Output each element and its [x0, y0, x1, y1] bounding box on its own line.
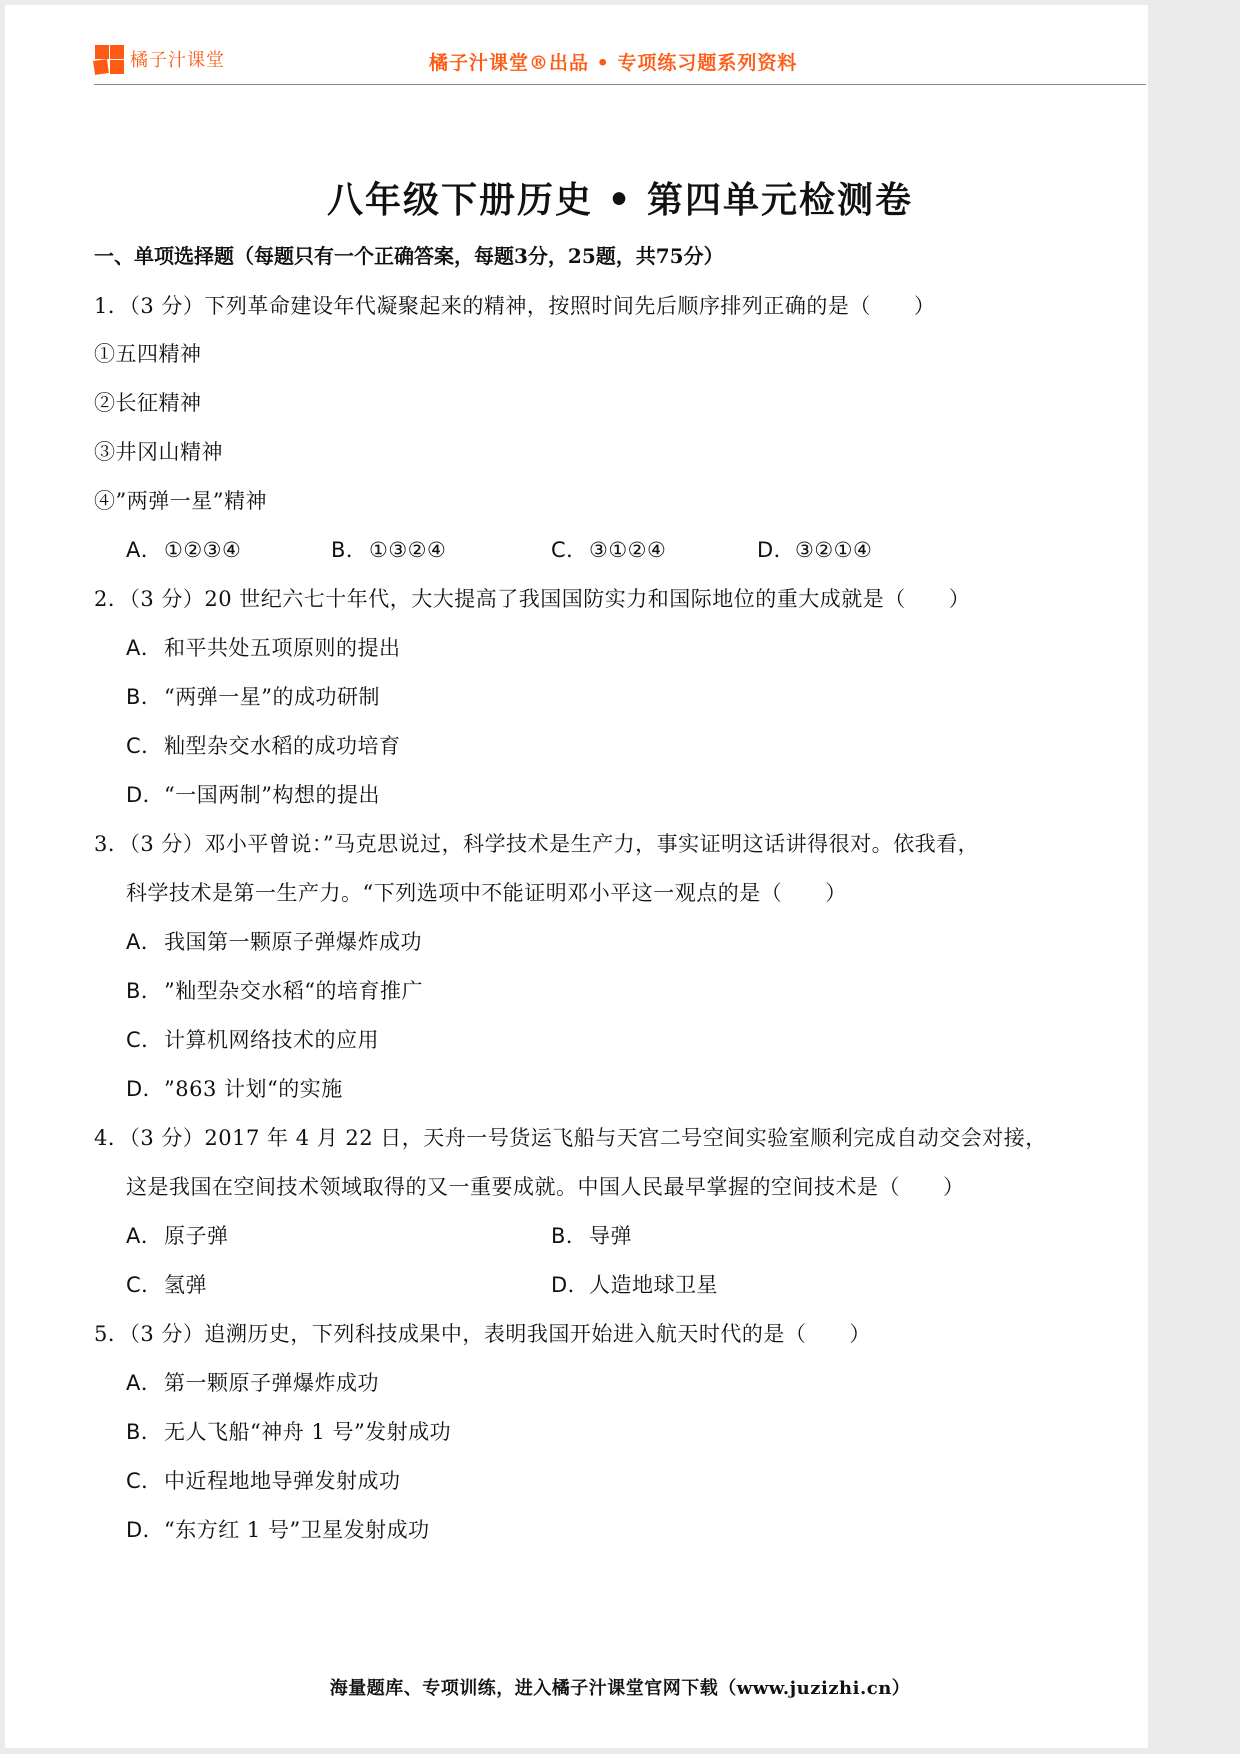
question-1-option-a: A．①②③④ [126, 534, 241, 564]
question-2-option-b: B．“两弹一星”的成功研制 [126, 681, 380, 711]
question-3-stem-cont: 科学技术是第一生产力。“下列选项中不能证明邓小平这一观点的是（ ） [126, 877, 847, 907]
document-title: 八年级下册历史 • 第四单元检测卷 [0, 172, 1240, 223]
question-1-item: ②长征精神 [94, 387, 202, 417]
question-1-item: ①五四精神 [94, 338, 202, 368]
question-4-stem: 4．（3 分）2017 年 4 月 22 日，天舟一号货运飞船与天宫二号空间实验… [94, 1122, 1047, 1152]
question-3-stem: 3．（3 分）邓小平曾说：”马克思说过，科学技术是生产力，事实证明这话讲得很对。… [94, 828, 979, 858]
brand-logo: 橘子汁课堂 [94, 44, 225, 74]
header-tagline: 橘子汁课堂®出品 • 专项练习题系列资料 [429, 48, 797, 75]
question-5-option-a: A．第一颗原子弹爆炸成功 [126, 1367, 379, 1397]
logo-text: 橘子汁课堂 [130, 46, 225, 72]
question-5-option-b: B．无人飞船“神舟 1 号”发射成功 [126, 1416, 451, 1446]
question-3-option-c: C．计算机网络技术的应用 [126, 1024, 379, 1054]
question-5-option-c: C．中近程地地导弹发射成功 [126, 1465, 401, 1495]
question-1-option-b: B．①③②④ [331, 534, 446, 564]
question-1-item: ④”两弹一星”精神 [94, 485, 267, 515]
question-2-option-c: C．籼型杂交水稻的成功培育 [126, 730, 401, 760]
question-1-option-c: C．③①②④ [551, 534, 666, 564]
page-footer: 海量题库、专项训练，进入橘子汁课堂官网下载（www.juzizhi.cn） [0, 1674, 1240, 1700]
question-1-item: ③井冈山精神 [94, 436, 223, 466]
question-5-stem: 5．（3 分）追溯历史，下列科技成果中，表明我国开始进入航天时代的是（ ） [94, 1318, 871, 1348]
question-3-option-a: A．我国第一颗原子弹爆炸成功 [126, 926, 422, 956]
question-3-option-d: D．”863 计划“的实施 [126, 1073, 343, 1103]
page-header: 橘子汁课堂 橘子汁课堂®出品 • 专项练习题系列资料 [94, 44, 1146, 85]
question-1-option-d: D．③②①④ [757, 534, 872, 564]
section-heading: 一、单项选择题（每题只有一个正确答案，每题3分，25题，共75分） [94, 240, 724, 269]
question-2-option-a: A．和平共处五项原则的提出 [126, 632, 401, 662]
question-4-option-d: D．人造地球卫星 [551, 1269, 718, 1299]
question-4-option-b: B．导弹 [551, 1220, 632, 1250]
question-4-option-c: C．氢弹 [126, 1269, 207, 1299]
logo-squares-icon [94, 44, 124, 74]
question-2-option-d: D．“一国两制”构想的提出 [126, 779, 380, 809]
question-4-stem-cont: 这是我国在空间技术领域取得的又一重要成就。中国人民最早掌握的空间技术是（ ） [126, 1171, 965, 1201]
question-4-option-a: A．原子弹 [126, 1220, 229, 1250]
question-5-option-d: D．“东方红 1 号”卫星发射成功 [126, 1514, 430, 1544]
question-1-stem: 1．（3 分）下列革命建设年代凝聚起来的精神，按照时间先后顺序排列正确的是（ ） [94, 290, 935, 320]
question-3-option-b: B．”籼型杂交水稻“的培育推广 [126, 975, 423, 1005]
question-2-stem: 2．（3 分）20 世纪六七十年代，大大提高了我国国防实力和国际地位的重大成就是… [94, 583, 970, 613]
